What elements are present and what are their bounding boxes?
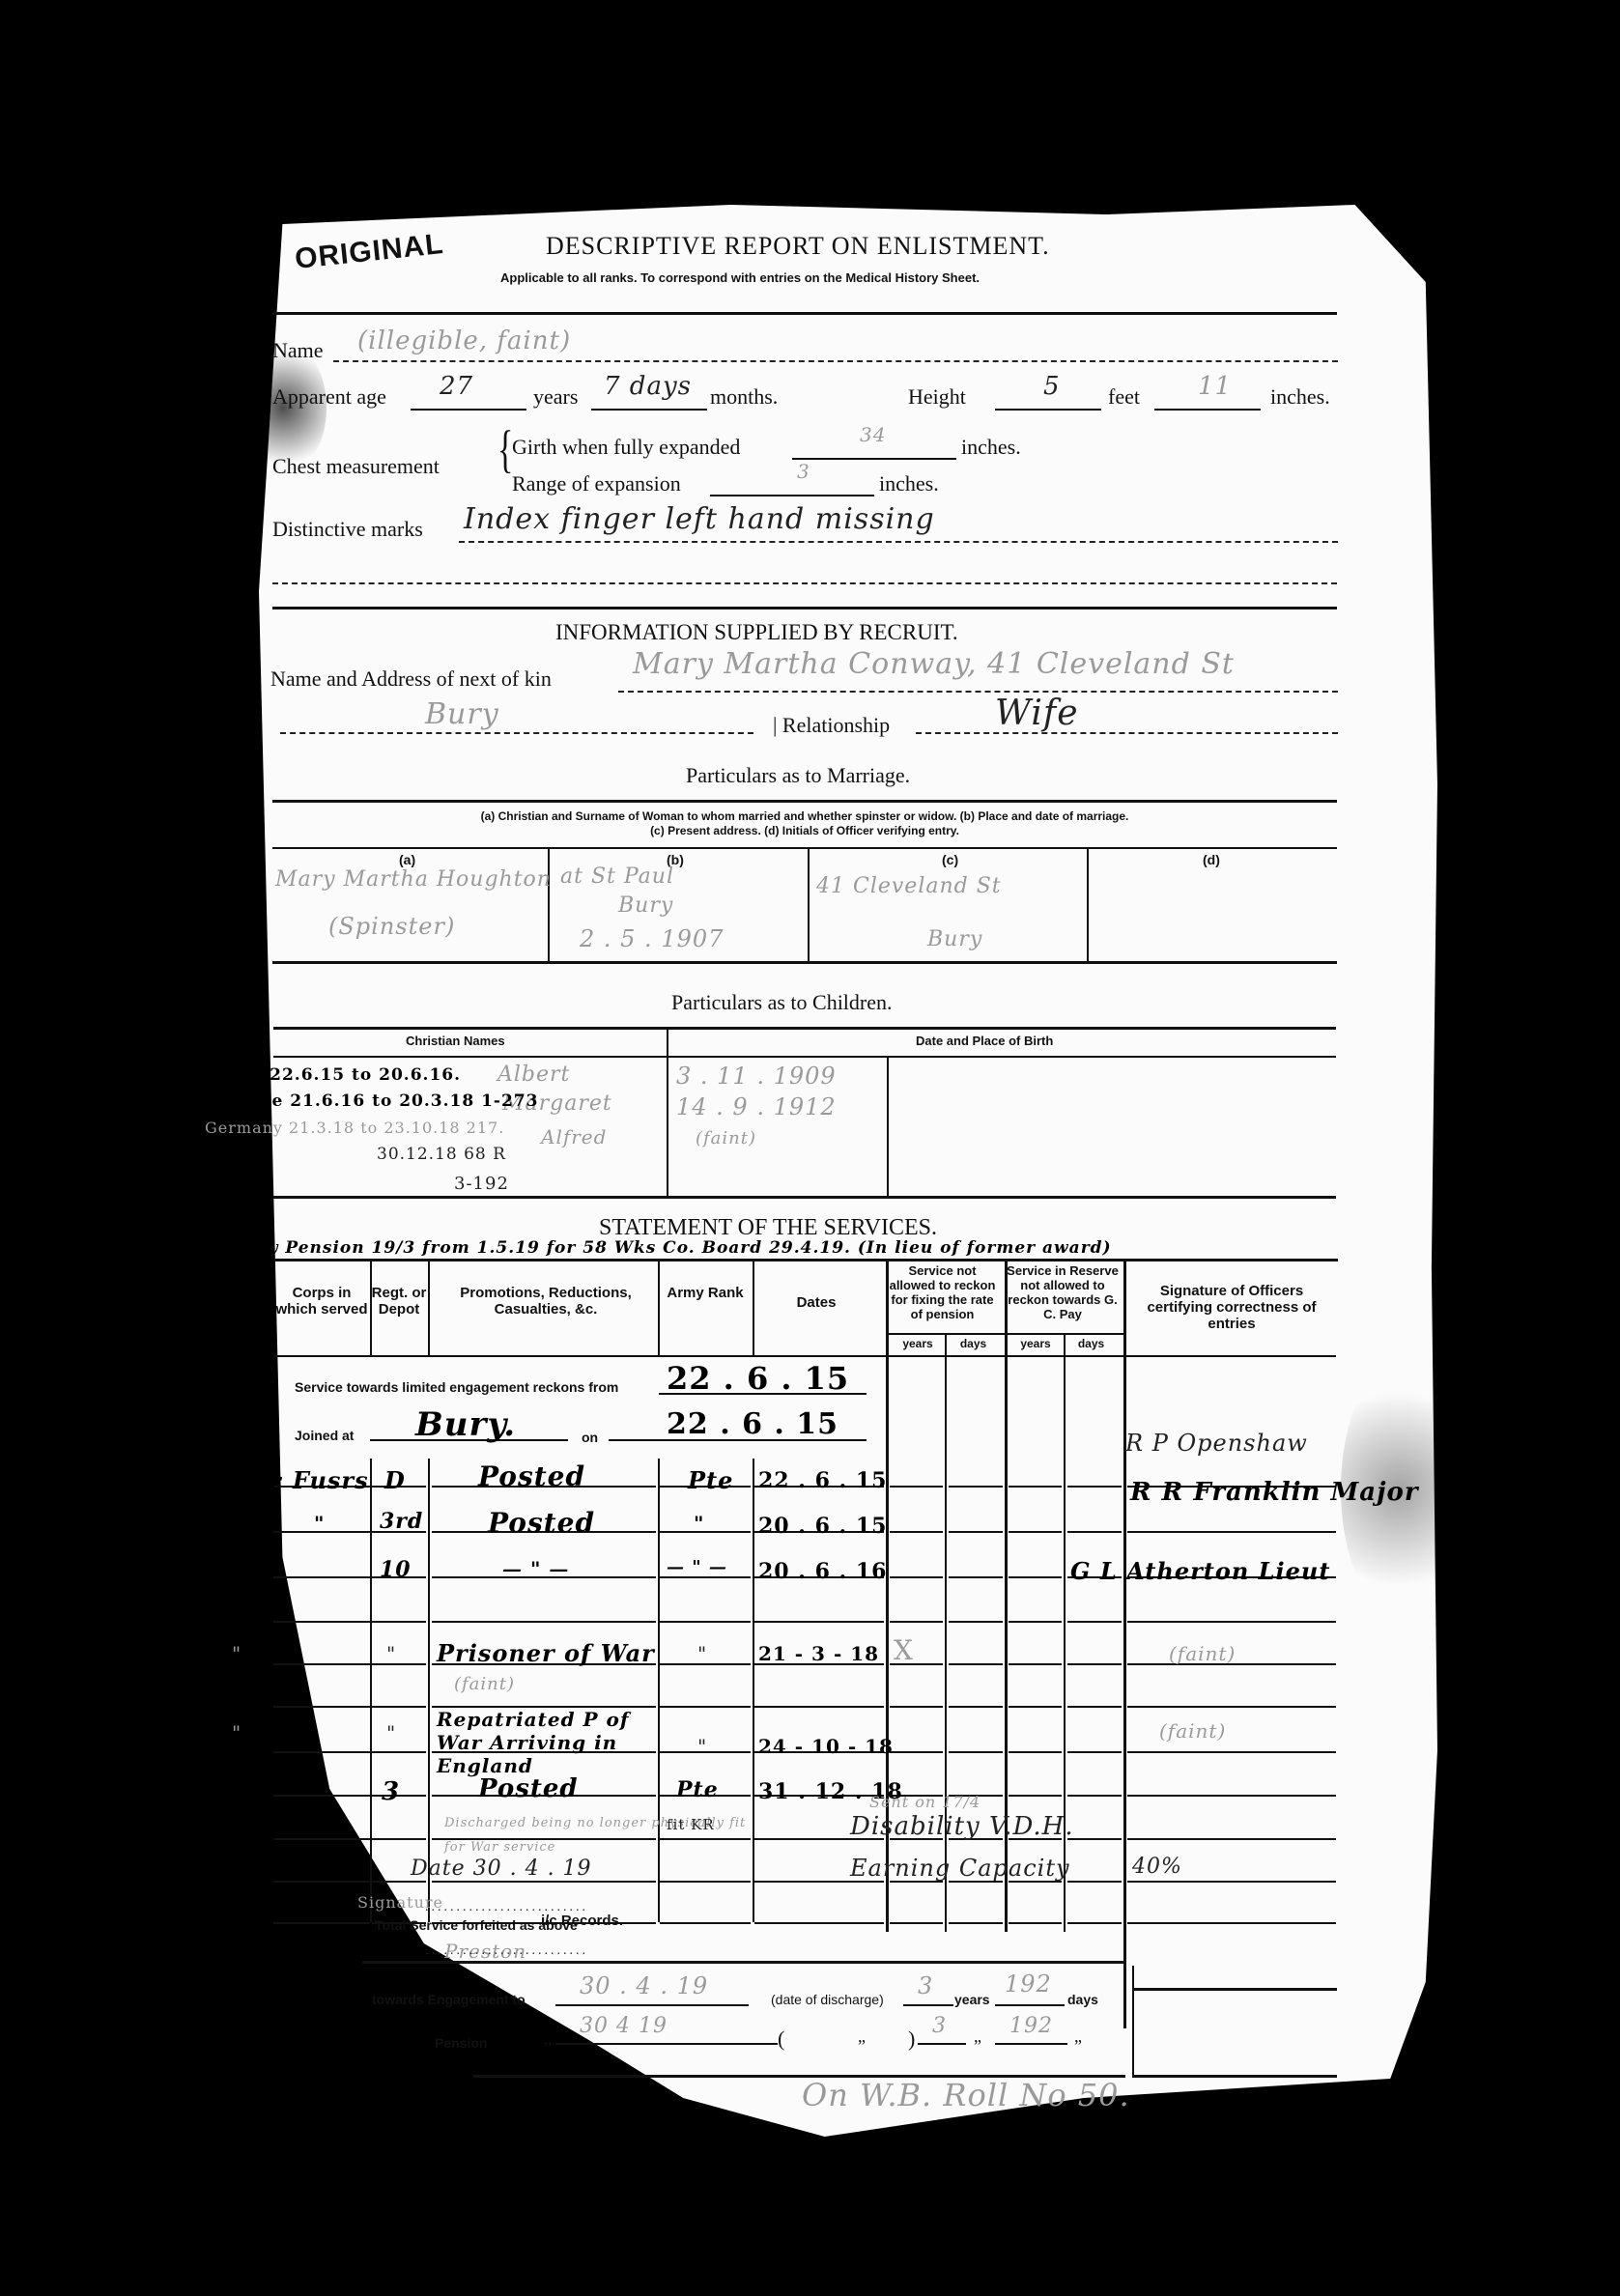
- ditto-mark-2: „: [858, 2027, 866, 2047]
- row-11-date: Date 30 . 4 . 19: [411, 1857, 592, 1881]
- col-corps: Corps in which served: [273, 1285, 370, 1318]
- column-divider: [753, 1459, 754, 1922]
- marriage-b-place: at St Paul: [560, 865, 674, 889]
- joined-at-value: Bury.: [415, 1405, 516, 1444]
- row-line: [1009, 1486, 1062, 1488]
- service-annotation-sum: 3-192: [454, 1174, 509, 1194]
- age-months-value: 7 days: [604, 372, 692, 401]
- column-divider: [658, 1459, 660, 1922]
- row-line: [949, 1663, 1003, 1665]
- marriage-a-value: Mary Martha Houghton: [275, 867, 552, 892]
- engagement-years-label: years: [954, 1992, 990, 2007]
- children-col-birth: Date and Place of Birth: [916, 1034, 1053, 1048]
- row-line: [1127, 1621, 1336, 1623]
- divider: [272, 312, 1337, 315]
- girth-label: Girth when fully expanded: [512, 435, 740, 460]
- ditto-mark: „: [544, 2028, 552, 2049]
- service-annotation-germany: Germany 21.3.18 to 23.10.18 217.: [205, 1119, 504, 1137]
- row-line: [1067, 1922, 1122, 1924]
- row-9-rank: fit KR: [667, 1816, 715, 1833]
- row-line: [890, 1706, 943, 1708]
- row-line: [273, 1706, 370, 1708]
- medical-note-earning: Earning Capacity: [850, 1855, 1070, 1882]
- marks-value: Index finger left hand missing: [464, 502, 935, 536]
- row-3-rank: — " —: [667, 1557, 727, 1577]
- row-line: [273, 1621, 370, 1623]
- marriage-b-date: 2 . 5 . 1907: [580, 925, 724, 952]
- row-7-rank: ": [697, 1735, 707, 1758]
- column-divider: [428, 1459, 430, 1922]
- row-line: [1067, 1838, 1122, 1840]
- divider: [1132, 1988, 1337, 1991]
- medical-note-top: Sent on 17/4: [869, 1793, 981, 1811]
- marks-line: [459, 541, 1338, 543]
- row-line: [1067, 1486, 1122, 1488]
- row-line: [949, 1706, 1003, 1708]
- col-signature: Signature of Officers certifying correct…: [1135, 1283, 1328, 1332]
- row-line: [1067, 1795, 1122, 1797]
- inches-label: inches.: [1270, 384, 1330, 410]
- row-line: [890, 1922, 943, 1924]
- row-line: [1127, 1922, 1336, 1924]
- stamp-dots-2: ..........................: [425, 1943, 588, 1959]
- child-date-1: 3 . 11 . 1909: [676, 1063, 837, 1090]
- row-line: [949, 1922, 1003, 1924]
- height-inches-value: 11: [1198, 372, 1232, 401]
- row-line: [660, 1531, 751, 1533]
- roll-note: On W.B. Roll No 50.: [802, 2077, 1130, 2113]
- row-7-signature: (faint): [1159, 1719, 1226, 1743]
- row-line: [273, 1576, 370, 1578]
- marriage-heading: Particulars as to Marriage.: [686, 763, 910, 788]
- row-line: [1009, 1576, 1062, 1578]
- marks-line-2: [272, 582, 1337, 584]
- medical-note-pct: 40%: [1132, 1855, 1182, 1879]
- divider: [272, 961, 1337, 964]
- row-2-rank: ": [694, 1512, 704, 1535]
- recruit-info-heading: INFORMATION SUPPLIED BY RECRUIT.: [555, 620, 958, 645]
- ditto-mark-4: „: [1074, 2027, 1082, 2047]
- row-line: [660, 1621, 751, 1623]
- column-divider: [370, 1459, 372, 1922]
- engagement-label: towards Engagement to: [372, 1992, 526, 2007]
- next-of-kin-line: [618, 691, 1338, 693]
- row-1-corps: Lanc Fusrs: [217, 1466, 369, 1494]
- next-of-kin-label: Name and Address of next of kin: [270, 666, 552, 692]
- paren-close: ): [908, 2027, 915, 2052]
- limited-engagement-date: 22 . 6 . 15: [667, 1360, 849, 1397]
- pension-days: 192: [1009, 2014, 1053, 2038]
- relationship-line: [916, 732, 1338, 734]
- divider: [273, 1196, 1336, 1199]
- row-line: [660, 1838, 751, 1840]
- row-1-rank: Pte: [688, 1466, 733, 1494]
- service-annotation-total: 30.12.18 68 R: [377, 1145, 506, 1164]
- column-divider: [658, 1261, 660, 1355]
- row-8-rank: Pte: [676, 1777, 719, 1802]
- row-line: [949, 1531, 1003, 1533]
- joined-at-label: Joined at: [295, 1428, 354, 1443]
- name-line: [333, 360, 1338, 362]
- marriage-col-d: (d): [1203, 852, 1220, 867]
- divider: [272, 847, 1337, 849]
- row-line: [1009, 1621, 1062, 1623]
- row-line: [660, 1881, 751, 1883]
- engagement-days-label: days: [1067, 1992, 1098, 2007]
- divider: [273, 1056, 1336, 1058]
- row-line: [1067, 1531, 1122, 1533]
- pension-line: [555, 2043, 778, 2045]
- divider: [362, 1961, 1125, 1964]
- column-divider: [808, 847, 810, 961]
- row-line: [1127, 1531, 1336, 1533]
- row-line: [372, 1706, 426, 1708]
- marriage-col-a: (a): [399, 852, 415, 867]
- row-1-regt: D: [384, 1466, 406, 1494]
- row-5-date: 21 - 3 - 18: [758, 1642, 879, 1665]
- row-line: [754, 1706, 884, 1708]
- discharge-label: (date of discharge): [771, 1992, 884, 2007]
- engagement-years: 3: [918, 1972, 933, 1999]
- marriage-b-place-2: Bury: [618, 893, 673, 918]
- row-2-signature: R R Franklin Major: [1130, 1478, 1419, 1507]
- marriage-instructions-2: (c) Present address. (d) Initials of Off…: [272, 824, 1337, 837]
- row-line: [273, 1751, 370, 1753]
- age-label: Apparent age: [272, 384, 386, 410]
- cross-mark: X: [894, 1634, 914, 1666]
- col-reserve-not-allowed: Service in Reserve not allowed to reckon…: [1005, 1263, 1121, 1321]
- range-unit: inches.: [879, 471, 939, 496]
- next-of-kin-line-2: [280, 732, 753, 734]
- limited-engagement-label: Service towards limited engagement recko…: [295, 1379, 618, 1395]
- row-line: [949, 1621, 1003, 1623]
- row-line: [754, 1922, 884, 1924]
- row-5-rank: ": [697, 1642, 707, 1665]
- girth-unit: inches.: [961, 435, 1021, 460]
- age-months-line: [591, 409, 707, 411]
- row-line: [1009, 1751, 1062, 1753]
- girth-line: [792, 458, 956, 460]
- column-divider: [887, 1056, 889, 1196]
- column-divider: [548, 847, 550, 961]
- height-feet-value: 5: [1043, 372, 1061, 401]
- child-name-1: Albert: [497, 1063, 570, 1087]
- row-line: [890, 1531, 943, 1533]
- row-line: [1067, 1706, 1122, 1708]
- on-label: on: [582, 1430, 598, 1445]
- paren-open: (: [778, 2027, 784, 2052]
- row-6-event: (faint): [454, 1674, 515, 1694]
- next-of-kin-value-2: Bury: [425, 697, 499, 731]
- row-1-date: 22 . 6 . 15: [758, 1468, 888, 1493]
- row-line: [1009, 1922, 1062, 1924]
- col-years-1: years: [889, 1336, 947, 1352]
- col-days-1: days: [947, 1336, 1000, 1352]
- column-divider: [753, 1261, 754, 1355]
- column-divider: [945, 1333, 947, 1932]
- row-5-signature: (faint): [1169, 1642, 1236, 1665]
- row-line: [1127, 1881, 1336, 1883]
- date-line: [659, 1393, 867, 1395]
- divider: [1132, 2075, 1337, 2078]
- document-subtitle: Applicable to all ranks. To correspond w…: [500, 270, 980, 285]
- row-3-event: — " —: [502, 1557, 569, 1580]
- column-divider: [1123, 1261, 1126, 2028]
- pension-years-line: [918, 2043, 966, 2045]
- divider: [273, 1355, 1336, 1357]
- children-col-names: Christian Names: [406, 1034, 505, 1048]
- row-line: [949, 1576, 1003, 1578]
- row-3-signature: G L Atherton Lieut: [1070, 1557, 1330, 1585]
- marriage-col-c: (c): [942, 852, 958, 867]
- row-line: [890, 1751, 943, 1753]
- marriage-c-address: 41 Cleveland St: [816, 874, 1002, 898]
- column-divider: [1132, 1966, 1134, 2077]
- feet-label: feet: [1108, 384, 1140, 410]
- row-line: [1127, 1751, 1336, 1753]
- column-divider: [370, 1261, 372, 1355]
- col-days-2: days: [1065, 1336, 1118, 1352]
- row-line: [1127, 1706, 1336, 1708]
- months-label: months.: [710, 384, 778, 410]
- row-2-event: Posted: [488, 1507, 595, 1539]
- relationship-label: | Relationship: [773, 713, 890, 738]
- column-divider: [1087, 847, 1089, 961]
- row-8-event: Posted: [478, 1774, 579, 1803]
- divider: [272, 800, 1337, 803]
- row-line: [1009, 1663, 1062, 1665]
- chest-label: Chest measurement: [272, 454, 440, 479]
- row-7-corps: ": [232, 1721, 242, 1744]
- service-annotation-france: France 21.6.16 to 20.3.18 1-273: [214, 1091, 538, 1111]
- row-line: [432, 1881, 656, 1883]
- row-line: [1067, 1663, 1122, 1665]
- chest-brace: {: [497, 422, 513, 481]
- row-line: [273, 1881, 370, 1883]
- row-2-date: 20 . 6 . 15: [758, 1514, 888, 1539]
- row-8-regt: 3: [382, 1777, 400, 1806]
- service-annotation-home: Home 22.6.15 to 20.6.16.: [205, 1065, 461, 1085]
- row-7-regt: ": [386, 1721, 396, 1744]
- row-3-date: 20 . 6 . 16: [758, 1559, 888, 1584]
- row-10-event: for War service: [444, 1840, 555, 1855]
- document-title: DESCRIPTIVE REPORT ON ENLISTMENT.: [546, 232, 1050, 261]
- row-line: [1067, 1621, 1122, 1623]
- child-date-3: (faint): [696, 1128, 756, 1148]
- range-label: Range of expansion: [512, 471, 681, 496]
- row-line: [432, 1621, 656, 1623]
- row-line: [949, 1751, 1003, 1753]
- relationship-value: Wife: [995, 694, 1079, 733]
- col-not-allowed-pension: Service not allowed to reckon for fixing…: [887, 1263, 998, 1321]
- row-line: [372, 1881, 426, 1883]
- child-date-2: 14 . 9 . 1912: [676, 1093, 837, 1120]
- pension-label: Pension: [435, 2035, 487, 2051]
- row-3-regt: 10: [380, 1557, 412, 1582]
- range-line: [710, 495, 874, 496]
- row-1-event: Posted: [478, 1460, 585, 1492]
- marks-label: Distinctive marks: [272, 517, 423, 542]
- row-5-event: Prisoner of War: [437, 1639, 655, 1667]
- next-of-kin-value: Mary Martha Conway, 41 Cleveland St: [633, 647, 1235, 681]
- services-heading: STATEMENT OF THE SERVICES.: [599, 1215, 937, 1241]
- height-feet-line: [995, 409, 1101, 411]
- child-name-3: Alfred: [541, 1125, 607, 1148]
- column-divider: [428, 1261, 430, 1355]
- divider: [275, 1259, 1338, 1261]
- row-line: [273, 1838, 370, 1840]
- engagement-line: [555, 2004, 749, 2006]
- col-rank: Army Rank: [662, 1285, 749, 1301]
- column-divider: [1064, 1333, 1066, 1932]
- age-years-line: [411, 409, 526, 411]
- row-line: [273, 1922, 370, 1924]
- years-line: [903, 2004, 953, 2006]
- years-label: years: [533, 384, 578, 410]
- age-years-value: 27: [440, 372, 473, 401]
- ditto-mark-3: „: [974, 2027, 981, 2047]
- row-line: [273, 1795, 370, 1797]
- height-label: Height: [908, 384, 966, 410]
- name-label: Name: [272, 338, 324, 363]
- row-line: [1127, 1838, 1336, 1840]
- row-line: [1009, 1706, 1062, 1708]
- marriage-a-status: (Spinster): [328, 913, 455, 940]
- name-value: (illegible, faint): [357, 326, 571, 355]
- row-line: [372, 1621, 426, 1623]
- row-1-signature: R P Openshaw: [1125, 1430, 1308, 1457]
- joined-on-date: 22 . 6 . 15: [667, 1407, 838, 1441]
- pension-date: 30 4 19: [580, 2014, 668, 2038]
- row-line: [754, 1621, 884, 1623]
- marriage-c-address-2: Bury: [927, 927, 982, 951]
- row-line: [1067, 1751, 1122, 1753]
- row-5-regt: ": [386, 1642, 396, 1665]
- column-divider: [667, 1027, 668, 1196]
- engagement-date: 30 . 4 . 19: [580, 1972, 708, 1999]
- days-line: [995, 2004, 1065, 2006]
- medical-note-disability: Disability V.D.H.: [850, 1812, 1074, 1841]
- marriage-instructions-1: (a) Christian and Surname of Woman to wh…: [272, 809, 1337, 823]
- row-line: [372, 1838, 426, 1840]
- divider: [272, 607, 1337, 609]
- row-line: [1127, 1795, 1336, 1797]
- row-7-date: 24 - 10 - 18: [758, 1735, 894, 1758]
- row-line: [372, 1663, 426, 1665]
- col-regt: Regt. or Depot: [370, 1285, 428, 1318]
- col-promotions: Promotions, Reductions, Casualties, &c.: [440, 1285, 652, 1318]
- row-line: [949, 1486, 1003, 1488]
- row-2-corps: ": [314, 1512, 325, 1535]
- row-line: [273, 1663, 370, 1665]
- row-line: [660, 1706, 751, 1708]
- row-line: [890, 1576, 943, 1578]
- children-heading: Particulars as to Children.: [671, 990, 893, 1015]
- stamp-records: i/c Records.: [541, 1913, 623, 1929]
- row-line: [890, 1486, 943, 1488]
- pension-note: Weekly Pension 19/3 from 1.5.19 for 58 W…: [208, 1238, 1112, 1258]
- engagement-days: 192: [1005, 1970, 1052, 1998]
- girth-value: 34: [860, 423, 886, 446]
- col-years-2: years: [1007, 1336, 1065, 1352]
- pension-years: 3: [932, 2014, 947, 2038]
- range-value: 3: [797, 460, 810, 483]
- row-line: [1009, 1531, 1062, 1533]
- col-dates: Dates: [753, 1294, 879, 1311]
- height-inches-line: [1154, 409, 1261, 411]
- row-5-corps: ": [232, 1642, 242, 1665]
- row-line: [660, 1922, 751, 1924]
- row-2-regt: 3rd: [380, 1509, 423, 1534]
- row-line: [1067, 1881, 1122, 1883]
- divider: [273, 1027, 1336, 1030]
- row-line: [372, 1751, 426, 1753]
- row-line: [1009, 1795, 1062, 1797]
- row-7-event: Repatriated P of War Arriving in England: [437, 1708, 659, 1777]
- row-line: [890, 1621, 943, 1623]
- pension-days-line: [995, 2043, 1067, 2045]
